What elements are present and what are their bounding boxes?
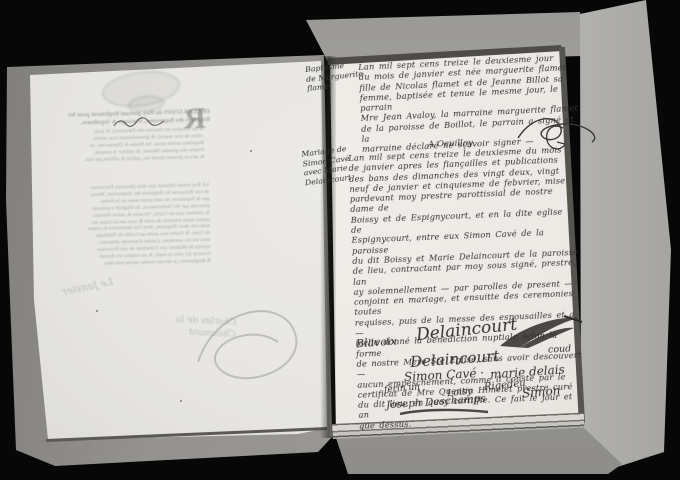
- ink-scribble: [112, 114, 167, 134]
- signature-underline-swash: [398, 408, 490, 418]
- ink-speck: [96, 310, 98, 312]
- book-gutter-shadow: [320, 56, 336, 438]
- quill-flourish: [494, 308, 586, 356]
- signature-coud: coud: [548, 343, 572, 355]
- ink-speck: [250, 150, 252, 152]
- margin-note-baptism: Baptesmede Margueriteflamet: [305, 59, 366, 94]
- register-scan-scene: DECLARATION du Roy, portant Reglement po…: [0, 0, 680, 480]
- bleedthrough-paragraph-b: LE Roy estant informé que dans plusieurs…: [51, 182, 211, 269]
- ink-speck: [180, 400, 182, 402]
- bleedthrough-flourish-swirl: [178, 292, 328, 397]
